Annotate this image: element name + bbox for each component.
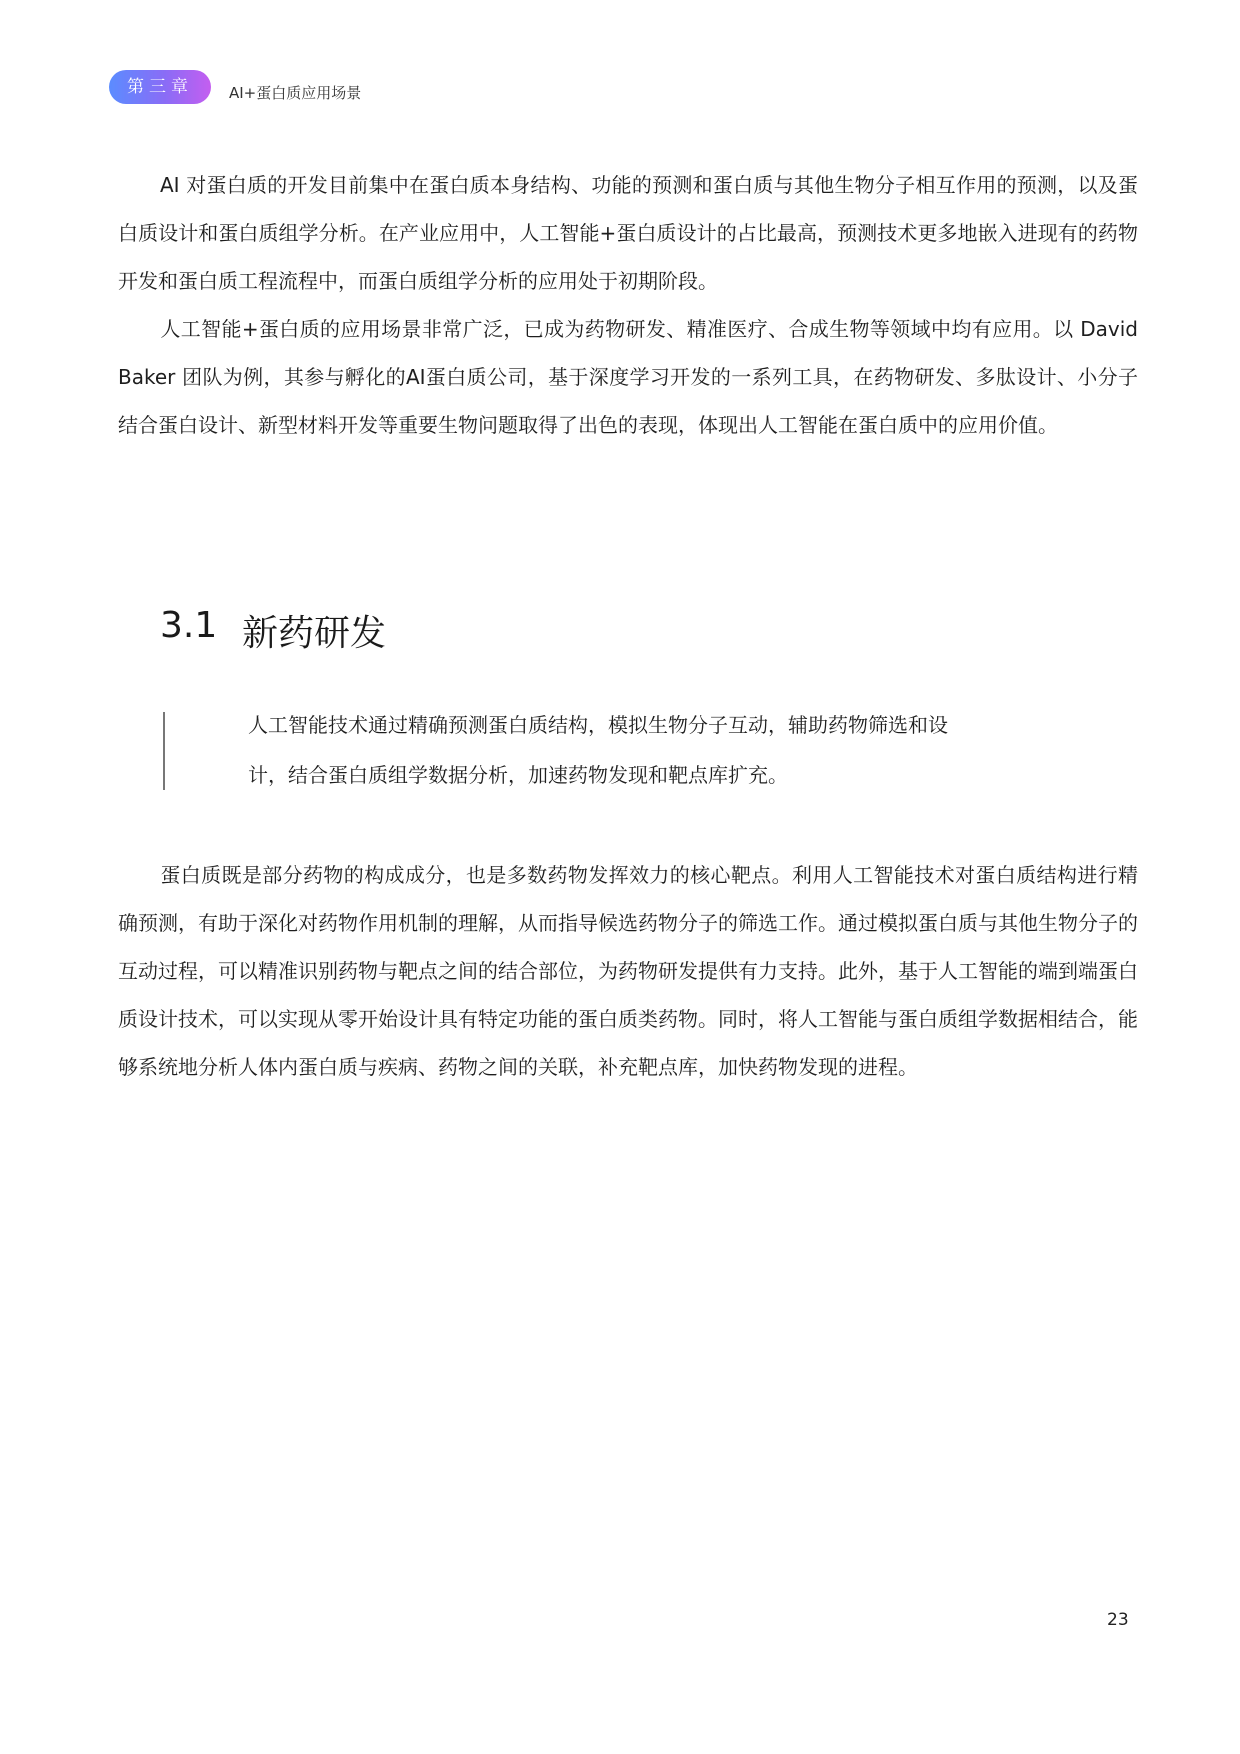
intro-paragraph-2: 人工智能+蛋白质的应用场景非常广泛，已成为药物研发、精准医疗、合成生物等领域中均…: [118, 305, 1138, 449]
page-header: 第三章 AI+蛋白质应用场景: [109, 69, 361, 105]
intro-paragraph-2-text: 人工智能+蛋白质的应用场景非常广泛，已成为药物研发、精准医疗、合成生物等领域中均…: [118, 317, 1138, 437]
section-summary-quote: 人工智能技术通过精确预测蛋白质结构，模拟生物分子互动，辅助药物筛选和设计，结合蛋…: [248, 700, 968, 800]
chapter-badge: 第三章: [109, 70, 211, 104]
page-number: 23: [1107, 1610, 1129, 1630]
section-title: 新药研发: [242, 605, 386, 656]
quote-bar-divider: [163, 712, 165, 790]
section-heading: 3.1 新药研发: [160, 605, 386, 656]
section-paragraph-1-text: 蛋白质既是部分药物的构成成分，也是多数药物发挥效力的核心靶点。利用人工智能技术对…: [118, 863, 1138, 1079]
section-number: 3.1: [160, 605, 242, 656]
intro-paragraph-1-text: AI 对蛋白质的开发目前集中在蛋白质本身结构、功能的预测和蛋白质与其他生物分子相…: [118, 173, 1138, 293]
intro-paragraph-1: AI 对蛋白质的开发目前集中在蛋白质本身结构、功能的预测和蛋白质与其他生物分子相…: [118, 161, 1138, 305]
chapter-title: AI+蛋白质应用场景: [229, 82, 361, 103]
section-paragraph-1: 蛋白质既是部分药物的构成成分，也是多数药物发挥效力的核心靶点。利用人工智能技术对…: [118, 851, 1138, 1091]
